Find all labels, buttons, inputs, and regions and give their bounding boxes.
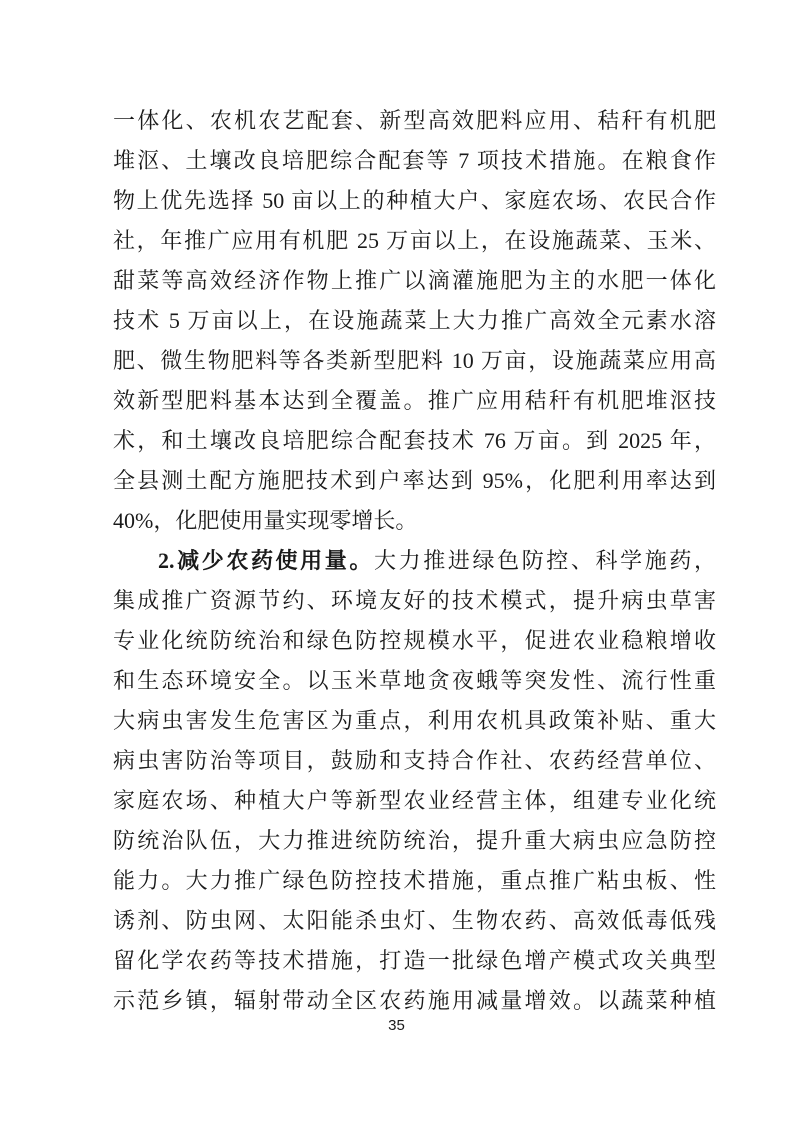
text-line: 甜菜等高效经济作物上推广以滴灌施肥为主的水肥一体化 xyxy=(113,261,716,301)
text-line: 2.减少农药使用量。大力推进绿色防控、科学施药， xyxy=(113,541,716,581)
text-segment: 专业化统防统治和绿色防控规模水平，促进农业稳粮增收 xyxy=(113,628,716,653)
text-segment: 防统治队伍，大力推进统防统治，提升重大病虫应急防控 xyxy=(113,828,716,853)
page-number: 35 xyxy=(0,1014,793,1038)
text-line: 家庭农场、种植大户等新型农业经营主体，组建专业化统 xyxy=(113,781,716,821)
text-segment: 术，和土壤改良培肥综合配套技术 76 万亩。到 2025 年， xyxy=(113,428,716,453)
text-segment: 家庭农场、种植大户等新型农业经营主体，组建专业化统 xyxy=(113,788,716,813)
text-segment: 示范乡镇，辐射带动全区农药施用减量增效。以蔬菜种植 xyxy=(113,988,716,1013)
text-line: 留化学农药等技术措施，打造一批绿色增产模式攻关典型 xyxy=(113,941,716,981)
text-segment: 物上优先选择 50 亩以上的种植大户、家庭农场、农民合作 xyxy=(113,188,716,213)
text-segment: 和生态环境安全。以玉米草地贪夜蛾等突发性、流行性重 xyxy=(113,668,716,693)
text-segment: 效新型肥料基本达到全覆盖。推广应用秸秆有机肥堆沤技 xyxy=(113,388,716,413)
text-segment: 技术 5 万亩以上，在设施蔬菜上大力推广高效全元素水溶 xyxy=(113,308,716,333)
text-segment: 甜菜等高效经济作物上推广以滴灌施肥为主的水肥一体化 xyxy=(113,268,716,293)
text-line: 术，和土壤改良培肥综合配套技术 76 万亩。到 2025 年， xyxy=(113,421,716,461)
text-line: 社，年推广应用有机肥 25 万亩以上，在设施蔬菜、玉米、 xyxy=(113,221,716,261)
text-segment: 40%，化肥使用量实现零增长。 xyxy=(113,508,417,533)
text-segment: 留化学农药等技术措施，打造一批绿色增产模式攻关典型 xyxy=(113,948,716,973)
text-segment: 能力。大力推广绿色防控技术措施，重点推广粘虫板、性 xyxy=(113,868,716,893)
text-segment: 大病虫害发生危害区为重点，利用农机具政策补贴、重大 xyxy=(113,708,716,733)
text-segment: 全县测土配方施肥技术到户率达到 95%，化肥利用率达到 xyxy=(113,468,716,493)
text-line: 肥、微生物肥料等各类新型肥料 10 万亩，设施蔬菜应用高 xyxy=(113,341,716,381)
text-segment: 大力推进绿色防控、科学施药， xyxy=(374,548,716,573)
text-line: 专业化统防统治和绿色防控规模水平，促进农业稳粮增收 xyxy=(113,621,716,661)
text-line: 堆沤、土壤改良培肥综合配套等 7 项技术措施。在粮食作 xyxy=(113,141,716,181)
text-block: 一体化、农机农艺配套、新型高效肥料应用、秸秆有机肥堆沤、土壤改良培肥综合配套等 … xyxy=(113,101,716,1021)
document-page: 一体化、农机农艺配套、新型高效肥料应用、秸秆有机肥堆沤、土壤改良培肥综合配套等 … xyxy=(0,0,793,1122)
text-line: 技术 5 万亩以上，在设施蔬菜上大力推广高效全元素水溶 xyxy=(113,301,716,341)
text-segment: 病虫害防治等项目，鼓励和支持合作社、农药经营单位、 xyxy=(113,748,716,773)
text-segment: 诱剂、防虫网、太阳能杀虫灯、生物农药、高效低毒低残 xyxy=(113,908,716,933)
text-line: 防统治队伍，大力推进统防统治，提升重大病虫应急防控 xyxy=(113,821,716,861)
text-line: 一体化、农机农艺配套、新型高效肥料应用、秸秆有机肥 xyxy=(113,101,716,141)
text-line: 集成推广资源节约、环境友好的技术模式，提升病虫草害 xyxy=(113,581,716,621)
text-segment: 肥、微生物肥料等各类新型肥料 10 万亩，设施蔬菜应用高 xyxy=(113,348,716,373)
text-line: 效新型肥料基本达到全覆盖。推广应用秸秆有机肥堆沤技 xyxy=(113,381,716,421)
text-line: 40%，化肥使用量实现零增长。 xyxy=(113,501,716,541)
text-segment: 集成推广资源节约、环境友好的技术模式，提升病虫草害 xyxy=(113,588,716,613)
paragraph-heading: 2.减少农药使用量。 xyxy=(158,548,374,573)
text-segment: 社，年推广应用有机肥 25 万亩以上，在设施蔬菜、玉米、 xyxy=(113,228,716,253)
text-segment: 堆沤、土壤改良培肥综合配套等 7 项技术措施。在粮食作 xyxy=(113,148,716,173)
text-line: 物上优先选择 50 亩以上的种植大户、家庭农场、农民合作 xyxy=(113,181,716,221)
text-line: 诱剂、防虫网、太阳能杀虫灯、生物农药、高效低毒低残 xyxy=(113,901,716,941)
text-segment: 一体化、农机农艺配套、新型高效肥料应用、秸秆有机肥 xyxy=(113,108,716,133)
text-line: 和生态环境安全。以玉米草地贪夜蛾等突发性、流行性重 xyxy=(113,661,716,701)
text-line: 全县测土配方施肥技术到户率达到 95%，化肥利用率达到 xyxy=(113,461,716,501)
text-line: 大病虫害发生危害区为重点，利用农机具政策补贴、重大 xyxy=(113,701,716,741)
text-line: 能力。大力推广绿色防控技术措施，重点推广粘虫板、性 xyxy=(113,861,716,901)
text-line: 病虫害防治等项目，鼓励和支持合作社、农药经营单位、 xyxy=(113,741,716,781)
